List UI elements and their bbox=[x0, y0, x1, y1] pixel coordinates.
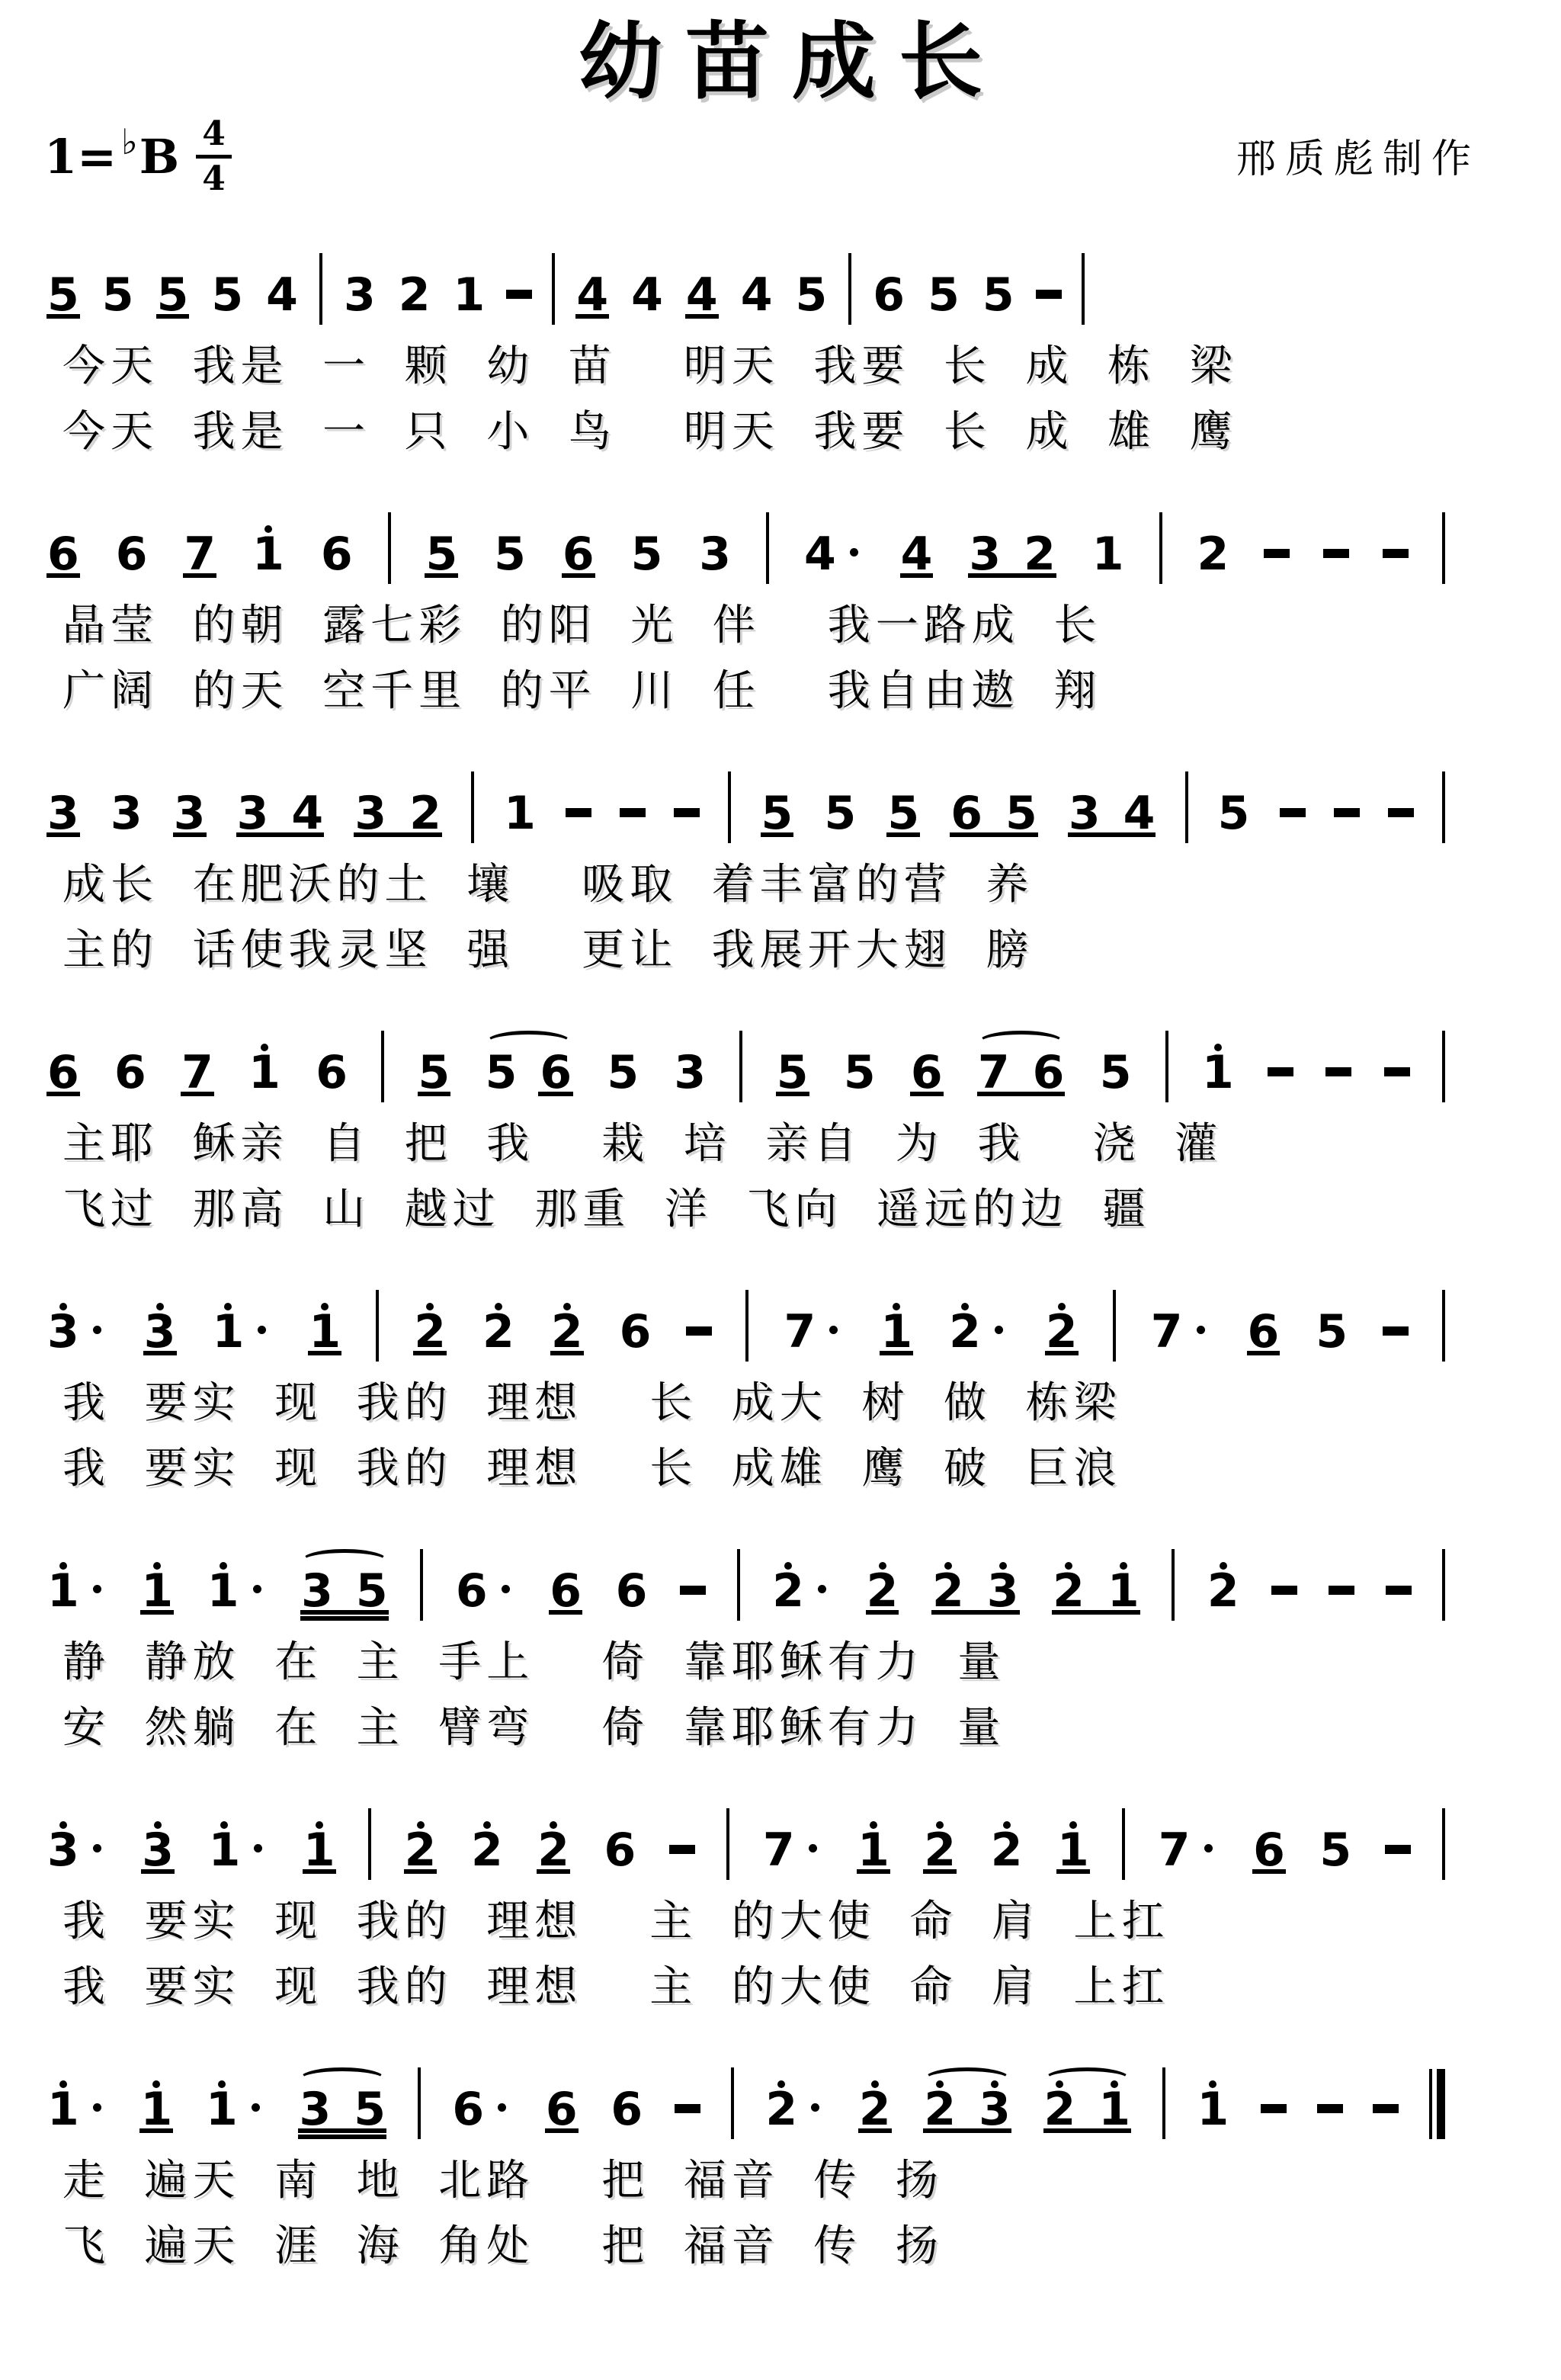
note-digit: 2 bbox=[471, 1833, 503, 1868]
note-group: 1 bbox=[307, 1314, 342, 1362]
note-digit: 1 bbox=[303, 1833, 335, 1868]
music-system: 111356662223212静 静放 在 主 手上倚 靠耶稣有力 量安 然躺 … bbox=[46, 1535, 1489, 1752]
final-barline bbox=[1429, 2069, 1445, 2139]
note-digit: 6 bbox=[452, 2092, 484, 2127]
beam-underline bbox=[1056, 1869, 1090, 1874]
note: 2 bbox=[481, 1314, 516, 1362]
barline bbox=[1122, 1808, 1125, 1880]
octave-dot-icon bbox=[1058, 1303, 1066, 1310]
octave-dot-icon bbox=[218, 2080, 226, 2088]
note-group: 4 bbox=[684, 277, 720, 325]
beam-underline bbox=[308, 1351, 341, 1355]
octave-dot-icon bbox=[999, 1562, 1007, 1570]
time-numerator: 4 bbox=[196, 117, 232, 159]
note-digit: 5 bbox=[1100, 1055, 1132, 1090]
beam-underline bbox=[140, 1610, 174, 1615]
lyrics-line: 我 要实 现 我的 理想主 的大使 命 肩 上扛 bbox=[46, 1962, 1489, 2011]
dash-note bbox=[1334, 808, 1360, 817]
note-group: 7 bbox=[783, 1314, 846, 1362]
octave-dot-icon bbox=[936, 2080, 944, 2088]
note-group: 5 bbox=[981, 277, 1016, 325]
barline bbox=[388, 512, 391, 584]
lyric-phrase: 走 遍天 南 地 北路 bbox=[63, 2156, 534, 2205]
beam-underline bbox=[562, 573, 595, 578]
note: 3 bbox=[672, 1055, 707, 1102]
octave-dot-icon bbox=[264, 525, 272, 533]
note-digit: 6 bbox=[611, 2092, 643, 2127]
note-digit: 1 bbox=[206, 2092, 238, 2127]
augmentation-dot-icon bbox=[1204, 1844, 1213, 1852]
note-group: 6 bbox=[618, 1314, 653, 1362]
octave-dot-icon bbox=[220, 1562, 227, 1570]
note-digit: 2 bbox=[1053, 1573, 1085, 1609]
lyrics-line: 静 静放 在 主 手上倚 靠耶稣有力 量 bbox=[46, 1637, 1489, 1686]
lyrics-line: 安 然躺 在 主 臂弯倚 靠耶稣有力 量 bbox=[46, 1703, 1489, 1752]
note: 5 bbox=[484, 1055, 519, 1102]
note-digit: 1 bbox=[1098, 2092, 1130, 2127]
barline bbox=[1082, 253, 1085, 325]
note-digit: 7 bbox=[784, 1314, 816, 1349]
beam-underline bbox=[300, 1610, 389, 1615]
note: 1 bbox=[204, 2092, 239, 2139]
note: 6 bbox=[614, 1573, 649, 1621]
note: 1 bbox=[1196, 2092, 1231, 2139]
octave-dot-icon bbox=[870, 1821, 877, 1829]
octave-dot-icon bbox=[879, 1562, 886, 1570]
note-digit: 5 bbox=[1319, 1833, 1351, 1868]
note-group: 6 bbox=[113, 1055, 148, 1102]
barline bbox=[376, 1290, 379, 1362]
dash-note bbox=[1329, 1586, 1354, 1595]
note-group: 5 bbox=[822, 796, 857, 843]
lyric-phrase: 成长 在肥沃的土 壤 bbox=[63, 860, 514, 909]
beam-underline bbox=[776, 1092, 809, 1096]
augmentation-dot-icon bbox=[93, 1326, 101, 1334]
note-group: 2 bbox=[865, 1573, 900, 1621]
lyric-phrase: 飞 遍天 涯 海 角处 bbox=[63, 2221, 534, 2270]
note-group: 1 bbox=[251, 537, 286, 584]
beam-underline bbox=[143, 1351, 177, 1355]
note-digit: 2 bbox=[932, 1573, 964, 1609]
note-digit: 1 bbox=[857, 1833, 889, 1868]
note: 6 bbox=[603, 1833, 638, 1880]
note-group: 5 bbox=[424, 537, 459, 584]
lyric-phrase: 我 要实 现 我的 理想 bbox=[63, 1897, 582, 1945]
note: 1 bbox=[1091, 537, 1126, 584]
barline bbox=[420, 1549, 423, 1621]
note-group: 23 bbox=[922, 2092, 1012, 2139]
barline bbox=[1442, 771, 1445, 843]
octave-dot-icon bbox=[156, 1303, 164, 1310]
note-digit: 3 bbox=[142, 1833, 174, 1868]
lyric-phrase: 栽 培 亲自 为 我 bbox=[601, 1119, 1025, 1168]
note-group: 2 bbox=[412, 1314, 447, 1362]
note-group: 21 bbox=[1051, 1573, 1141, 1621]
note-group: 1 bbox=[46, 1573, 109, 1621]
note-group: 7 bbox=[1157, 1833, 1220, 1880]
lyric-phrase: 我 要实 现 我的 理想 bbox=[63, 1444, 582, 1493]
note-group: 5 bbox=[1318, 1833, 1353, 1880]
lyric-phrase: 我一路成 长 bbox=[828, 601, 1102, 650]
note-digit: 5 bbox=[418, 1055, 450, 1090]
note-group: 2 bbox=[1195, 537, 1230, 584]
note-digit: 5 bbox=[824, 796, 856, 831]
note-group: 5 bbox=[630, 537, 665, 584]
note-group: 2 bbox=[536, 1833, 571, 1880]
lyrics-line: 我 要实 现 我的 理想长 成雄 鹰 破 巨浪 bbox=[46, 1444, 1489, 1493]
note-digit: 1 bbox=[309, 1314, 341, 1349]
note-group: 21 bbox=[1043, 2092, 1133, 2139]
note-digit: 3 bbox=[344, 277, 376, 313]
octave-dot-icon bbox=[59, 1562, 67, 1570]
octave-dot-icon bbox=[784, 1562, 792, 1570]
note-group: 6 bbox=[603, 1833, 638, 1880]
note-digit: 5 bbox=[47, 277, 79, 313]
note-digit: 1 bbox=[1107, 1573, 1139, 1609]
dash-note bbox=[669, 1845, 695, 1854]
notes-line: 331122267122765 bbox=[46, 1276, 1445, 1362]
note-group: 7 bbox=[761, 1833, 825, 1880]
note: 4 bbox=[803, 537, 838, 584]
lyric-phrase: 把 福音 传 扬 bbox=[601, 2156, 944, 2205]
beam-underline bbox=[900, 573, 934, 578]
note: 3 bbox=[342, 277, 377, 325]
note-digit: 2 bbox=[537, 1833, 569, 1868]
octave-dot-icon bbox=[777, 2080, 785, 2088]
beam-underline bbox=[46, 573, 80, 578]
barline bbox=[766, 512, 769, 584]
note: 1 bbox=[1200, 1055, 1236, 1102]
note: 5 bbox=[793, 277, 829, 325]
note-digit: 6 bbox=[616, 1573, 648, 1609]
lyrics-line: 飞过 那高 山 越过 那重 洋 飞向 遥远的边 疆 bbox=[46, 1185, 1489, 1233]
note-group: 5 bbox=[793, 277, 829, 325]
note-digit: 2 bbox=[1207, 1573, 1239, 1609]
flat-icon: ♭ bbox=[121, 124, 138, 159]
note-group: 1 bbox=[247, 1055, 282, 1102]
beam-underline bbox=[300, 1616, 389, 1621]
note-digit: 3 bbox=[174, 796, 206, 831]
lyrics-line: 今天 我是 一 只 小 鸟明天 我要 长 成 雄 鹰 bbox=[46, 407, 1489, 456]
note: 7 bbox=[1149, 1314, 1184, 1362]
note-group: 5 bbox=[155, 277, 191, 325]
note-group: 4 bbox=[899, 537, 934, 584]
beam-underline bbox=[354, 832, 442, 837]
dash-note bbox=[1036, 290, 1062, 299]
note: 4 bbox=[739, 277, 774, 325]
music-system: 3333432155565345成长 在肥沃的土 壤吸取 着丰富的营 养主的 话… bbox=[46, 758, 1489, 974]
note-digit: 5 bbox=[844, 1055, 876, 1090]
augmentation-dot-icon bbox=[829, 1326, 838, 1334]
octave-dot-icon bbox=[1214, 1044, 1222, 1051]
note-group: 1 bbox=[139, 2092, 174, 2139]
note-digit: 6 bbox=[316, 1055, 348, 1090]
note-group: 6 bbox=[114, 537, 149, 584]
beam-underline bbox=[298, 2128, 386, 2133]
barline bbox=[1442, 1290, 1445, 1362]
beam-underline bbox=[139, 2128, 173, 2133]
lyric-phrase: 安 然躺 在 主 臂弯 bbox=[63, 1703, 534, 1752]
note-digit: 6 bbox=[47, 1055, 79, 1090]
note-digit: 4 bbox=[901, 537, 933, 572]
octave-dot-icon bbox=[483, 1821, 491, 1829]
dash-note bbox=[1325, 1067, 1351, 1076]
note-digit: 1 bbox=[209, 1833, 241, 1868]
note-digit: 2 bbox=[482, 1314, 514, 1349]
lyrics-line: 走 遍天 南 地 北路把 福音 传 扬 bbox=[46, 2156, 1489, 2205]
note: 6 bbox=[538, 1055, 573, 1102]
note: 2 bbox=[764, 2092, 799, 2139]
octave-dot-icon bbox=[991, 2080, 998, 2088]
note-digit: 3 bbox=[301, 1573, 333, 1609]
music-system: 66716556535567651主耶 稣亲 自 把 我栽 培 亲自 为 我浇 … bbox=[46, 1017, 1489, 1233]
note: 2 bbox=[397, 277, 432, 325]
beam-underline bbox=[46, 832, 80, 837]
octave-dot-icon bbox=[936, 1821, 944, 1829]
note-digit: 6 bbox=[546, 2092, 578, 2127]
music-system: 111356662223211走 遍天 南 地 北路把 福音 传 扬飞 遍天 涯… bbox=[46, 2054, 1489, 2270]
dash-note bbox=[680, 1586, 706, 1595]
octave-dot-icon bbox=[1111, 2080, 1118, 2088]
note-group: 5 bbox=[886, 796, 921, 843]
beam-underline bbox=[950, 832, 1038, 837]
beam-underline bbox=[183, 573, 216, 578]
note-group: 6 bbox=[548, 1573, 583, 1621]
note-digit: 5 bbox=[211, 277, 243, 313]
lyrics-line: 广阔 的天 空千里 的平 川 任我自由遨 翔 bbox=[46, 666, 1489, 715]
note-digit: 2 bbox=[405, 1833, 437, 1868]
dash-note bbox=[1268, 1067, 1293, 1076]
note-group: 1 bbox=[879, 1314, 914, 1362]
note-digit: 1 bbox=[252, 537, 284, 572]
note-digit: 1 bbox=[880, 1314, 912, 1349]
note-digit: 1 bbox=[454, 277, 486, 313]
notes-line: 3333432155565345 bbox=[46, 758, 1445, 843]
lyrics-line: 飞 遍天 涯 海 角处把 福音 传 扬 bbox=[46, 2221, 1489, 2270]
note-digit: 6 bbox=[1253, 1833, 1285, 1868]
note-digit: 5 bbox=[928, 277, 960, 313]
augmentation-dot-icon bbox=[502, 1585, 510, 1593]
note-digit: 1 bbox=[248, 1055, 280, 1090]
note-digit: 7 bbox=[184, 537, 216, 572]
note-digit: 5 bbox=[102, 277, 134, 313]
beam-underline bbox=[858, 2128, 892, 2133]
note-digit: 3 bbox=[979, 2092, 1011, 2127]
beam-underline bbox=[425, 573, 458, 578]
note-digit: 6 bbox=[1248, 1314, 1280, 1349]
beam-underline bbox=[968, 573, 1056, 578]
lyric-phrase: 倚 靠耶稣有力 量 bbox=[601, 1637, 1005, 1686]
note-group: 5 bbox=[210, 277, 245, 325]
note: 5 bbox=[1098, 1055, 1133, 1102]
note: 6 bbox=[871, 277, 906, 325]
note-digit: 2 bbox=[399, 277, 431, 313]
beam-underline bbox=[181, 1092, 214, 1096]
octave-dot-icon bbox=[220, 1821, 228, 1829]
note-digit: 6 bbox=[116, 537, 148, 572]
octave-dot-icon bbox=[871, 2080, 879, 2088]
dash-note bbox=[675, 2104, 700, 2113]
note-digit: 3 bbox=[47, 1314, 79, 1349]
beam-underline bbox=[1252, 1869, 1286, 1874]
augmentation-dot-icon bbox=[498, 2103, 506, 2112]
note-digit: 7 bbox=[978, 1055, 1010, 1090]
octave-dot-icon bbox=[417, 1821, 425, 1829]
octave-dot-icon bbox=[1069, 1821, 1077, 1829]
octave-dot-icon bbox=[426, 1303, 434, 1310]
notes-line: 111356662223211 bbox=[46, 2054, 1445, 2139]
beam-underline bbox=[537, 1869, 570, 1874]
note-group: 2 bbox=[470, 1833, 505, 1880]
augmentation-dot-icon bbox=[809, 1844, 817, 1852]
note-group: 6 bbox=[450, 2092, 514, 2139]
dash-note bbox=[620, 808, 646, 817]
barline bbox=[1442, 1808, 1445, 1880]
note-group: 3 bbox=[697, 537, 732, 584]
octave-dot-icon bbox=[224, 1303, 232, 1310]
beam-underline bbox=[404, 1869, 438, 1874]
note-digit: 5 bbox=[356, 1573, 388, 1609]
lyrics-line: 我 要实 现 我的 理想长 成大 树 做 栋梁 bbox=[46, 1378, 1489, 1427]
note-group: 3 bbox=[172, 796, 207, 843]
note-group: 56 bbox=[484, 1055, 574, 1102]
note-group: 2 bbox=[481, 1314, 516, 1362]
music-systems: 5555432144445655今天 我是 一 颗 幼 苗明天 我要 长 成 栋… bbox=[0, 218, 1561, 2270]
augmentation-dot-icon bbox=[811, 2103, 819, 2112]
note-group: 76 bbox=[976, 1055, 1066, 1102]
beam-underline bbox=[923, 2128, 1011, 2133]
note-digit: 5 bbox=[486, 1055, 518, 1090]
notes-line: 3311222671221765 bbox=[46, 1795, 1445, 1880]
note-group: 6 bbox=[871, 277, 906, 325]
note-digit: 6 bbox=[563, 537, 595, 572]
augmentation-dot-icon bbox=[258, 1326, 266, 1334]
note-group: 6 bbox=[614, 1573, 649, 1621]
dash-note bbox=[1280, 808, 1306, 817]
barline bbox=[381, 1031, 384, 1102]
note-digit: 3 bbox=[144, 1314, 176, 1349]
note-group: 6 bbox=[1252, 1833, 1287, 1880]
augmentation-dot-icon bbox=[1197, 1326, 1205, 1334]
note: 1 bbox=[452, 277, 487, 325]
note-group: 1 bbox=[856, 1833, 891, 1880]
note-group: 6 bbox=[1246, 1314, 1281, 1362]
note-digit: 2 bbox=[991, 1833, 1023, 1868]
lyrics-line: 成长 在肥沃的土 壤吸取 着丰富的营 养 bbox=[46, 860, 1489, 909]
note-group: 1 bbox=[139, 1573, 175, 1621]
note-digit: 2 bbox=[551, 1314, 583, 1349]
note-digit: 5 bbox=[1218, 796, 1250, 831]
note-group: 1 bbox=[1200, 1055, 1236, 1102]
note: 6 bbox=[609, 2092, 644, 2139]
note-group: 35 bbox=[297, 2092, 387, 2139]
note-digit: 2 bbox=[1044, 2092, 1076, 2127]
note-digit: 5 bbox=[1316, 1314, 1348, 1349]
note-digit: 5 bbox=[607, 1055, 639, 1090]
note-group: 5 bbox=[775, 1055, 810, 1102]
note-digit: 1 bbox=[213, 1314, 245, 1349]
note-digit: 3 bbox=[354, 796, 386, 831]
dash-note bbox=[1384, 1067, 1410, 1076]
note-digit: 1 bbox=[47, 1573, 79, 1609]
barline bbox=[1159, 512, 1162, 584]
lyric-phrase: 主耶 稣亲 自 把 我 bbox=[63, 1119, 534, 1168]
barline bbox=[1442, 1031, 1445, 1102]
lyric-phrase: 浇 灌 bbox=[1092, 1119, 1223, 1168]
barline bbox=[471, 771, 474, 843]
note-digit: 2 bbox=[859, 2092, 891, 2127]
note-digit: 2 bbox=[772, 1573, 804, 1609]
note-digit: 1 bbox=[141, 1573, 173, 1609]
lyric-phrase: 晶莹 的朝 露七彩 的阳 光 伴 bbox=[63, 601, 761, 650]
note: 5 bbox=[1216, 796, 1252, 843]
music-system: 5555432144445655今天 我是 一 颗 幼 苗明天 我要 长 成 栋… bbox=[46, 239, 1489, 456]
note-digit: 5 bbox=[761, 796, 793, 831]
octave-dot-icon bbox=[59, 1821, 67, 1829]
dash-note bbox=[506, 290, 532, 299]
note-digit: 2 bbox=[924, 2092, 956, 2127]
note-group: 2 bbox=[771, 1573, 834, 1621]
note-digit: 2 bbox=[867, 1573, 899, 1609]
note-digit: 6 bbox=[47, 537, 79, 572]
note-digit: 1 bbox=[1092, 537, 1124, 572]
note-digit: 2 bbox=[1046, 1314, 1078, 1349]
note-digit: 3 bbox=[111, 796, 143, 831]
note-group: 5 bbox=[1098, 1055, 1133, 1102]
note-digit: 5 bbox=[982, 277, 1014, 313]
note-digit: 5 bbox=[777, 1055, 809, 1090]
note: 2 bbox=[989, 1833, 1024, 1880]
note-digit: 4 bbox=[291, 796, 323, 831]
note-digit: 2 bbox=[1197, 537, 1229, 572]
augmentation-dot-icon bbox=[93, 1585, 101, 1593]
note-group: 1 bbox=[46, 2092, 109, 2139]
lyric-phrase: 飞过 那高 山 越过 那重 洋 飞向 遥远的边 疆 bbox=[63, 1185, 1150, 1233]
note-group: 1 bbox=[207, 1833, 271, 1880]
beam-underline bbox=[549, 1610, 582, 1615]
note: 1 bbox=[502, 796, 537, 843]
beam-underline bbox=[1068, 832, 1156, 837]
augmentation-dot-icon bbox=[818, 1585, 826, 1593]
note-digit: 5 bbox=[354, 2092, 386, 2127]
note-digit: 1 bbox=[207, 1573, 239, 1609]
notes-line: 6671655653443212 bbox=[46, 499, 1445, 584]
note-group: 1 bbox=[211, 1314, 274, 1362]
note: 5 bbox=[981, 277, 1016, 325]
beam-underline bbox=[156, 314, 190, 319]
note-group: 1 bbox=[502, 796, 537, 843]
lyrics-line: 晶莹 的朝 露七彩 的阳 光 伴我一路成 长 bbox=[46, 601, 1489, 650]
augmentation-dot-icon bbox=[93, 1844, 101, 1852]
note-digit: 1 bbox=[1202, 1055, 1234, 1090]
note-digit: 2 bbox=[1024, 537, 1056, 572]
note: 1 bbox=[206, 1573, 241, 1621]
lyrics-line: 今天 我是 一 颗 幼 苗明天 我要 长 成 栋 梁 bbox=[46, 342, 1489, 390]
note: 7 bbox=[1157, 1833, 1192, 1880]
note-digit: 3 bbox=[969, 537, 1001, 572]
note: 5 bbox=[1318, 1833, 1353, 1880]
note-group: 2 bbox=[550, 1314, 585, 1362]
note-group: 6 bbox=[46, 1055, 81, 1102]
note-digit: 4 bbox=[266, 277, 298, 313]
dash-note bbox=[1264, 549, 1290, 558]
dash-note bbox=[1386, 1586, 1412, 1595]
note-group: 5 bbox=[417, 1055, 452, 1102]
note-digit: 5 bbox=[425, 537, 457, 572]
note: 5 bbox=[210, 277, 245, 325]
note-digit: 6 bbox=[540, 1055, 572, 1090]
note-group: 7 bbox=[1149, 1314, 1213, 1362]
